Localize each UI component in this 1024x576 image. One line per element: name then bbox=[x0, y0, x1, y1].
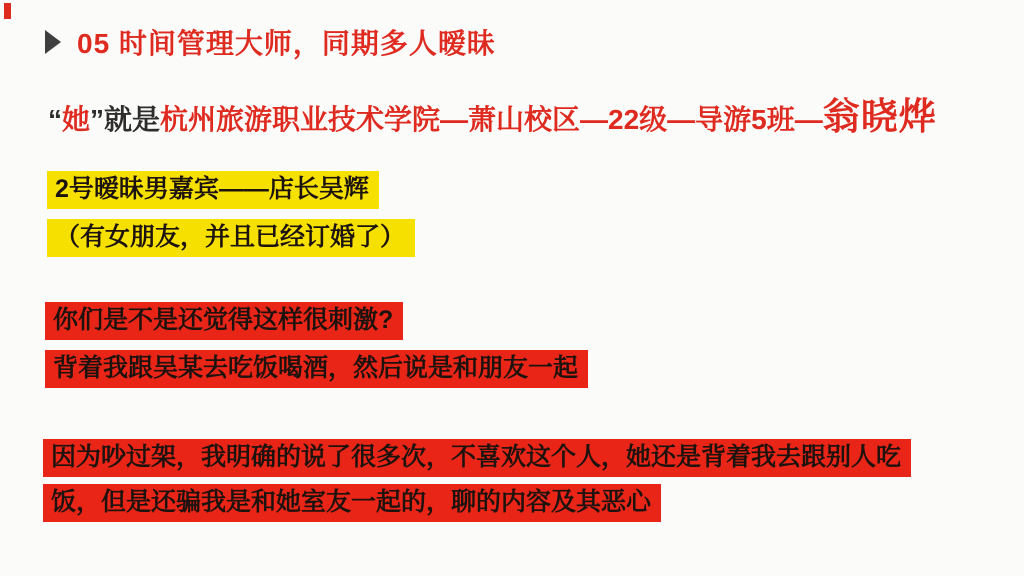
red-highlight-note: 因为吵过架，我明确的说了很多次，不喜欢这个人，她还是背着我去跟别人吃 bbox=[43, 439, 911, 477]
section-title: 05 时间管理大师，同期多人暧昧 bbox=[77, 22, 496, 62]
section-title-row: 05 时间管理大师，同期多人暧昧 bbox=[45, 26, 496, 58]
play-arrow-icon bbox=[45, 30, 61, 54]
red-notes-group-2: 因为吵过架，我明确的说了很多次，不喜欢这个人，她还是背着我去跟别人吃 饭，但是还… bbox=[43, 439, 911, 529]
red-notes-group-1: 你们是不是还觉得这样很刺激? 背着我跟吴某去吃饭喝酒，然后说是和朋友一起 bbox=[45, 302, 588, 398]
quote-open: “ bbox=[48, 104, 62, 136]
subject-pronoun: 她 bbox=[62, 98, 90, 138]
subject-name: 翁晓烨 bbox=[823, 86, 937, 140]
yellow-notes-group: 2号暧昧男嘉宾——店长吴辉 （有女朋友，并且已经订婚了） bbox=[47, 171, 415, 267]
subject-verb: 就是 bbox=[104, 98, 160, 138]
subject-line: “ 她 ” 就是 杭州旅游职业技术学院—萧山校区—22级—导游5班— 翁晓烨 bbox=[48, 86, 937, 140]
yellow-highlight-note: 2号暧昧男嘉宾——店长吴辉 bbox=[47, 171, 379, 209]
subject-affiliation: 杭州旅游职业技术学院—萧山校区—22级—导游5班— bbox=[160, 98, 823, 138]
red-highlight-note: 饭，但是还骗我是和她室友一起的，聊的内容及其恶心 bbox=[43, 484, 661, 522]
quote-close: ” bbox=[90, 104, 104, 136]
red-highlight-note: 背着我跟吴某去吃饭喝酒，然后说是和朋友一起 bbox=[45, 350, 588, 388]
red-highlight-note: 你们是不是还觉得这样很刺激? bbox=[45, 302, 403, 340]
page: 05 时间管理大师，同期多人暧昧 “ 她 ” 就是 杭州旅游职业技术学院—萧山校… bbox=[0, 0, 1024, 576]
corner-accent-bar bbox=[4, 3, 11, 19]
yellow-highlight-note: （有女朋友，并且已经订婚了） bbox=[47, 219, 415, 257]
